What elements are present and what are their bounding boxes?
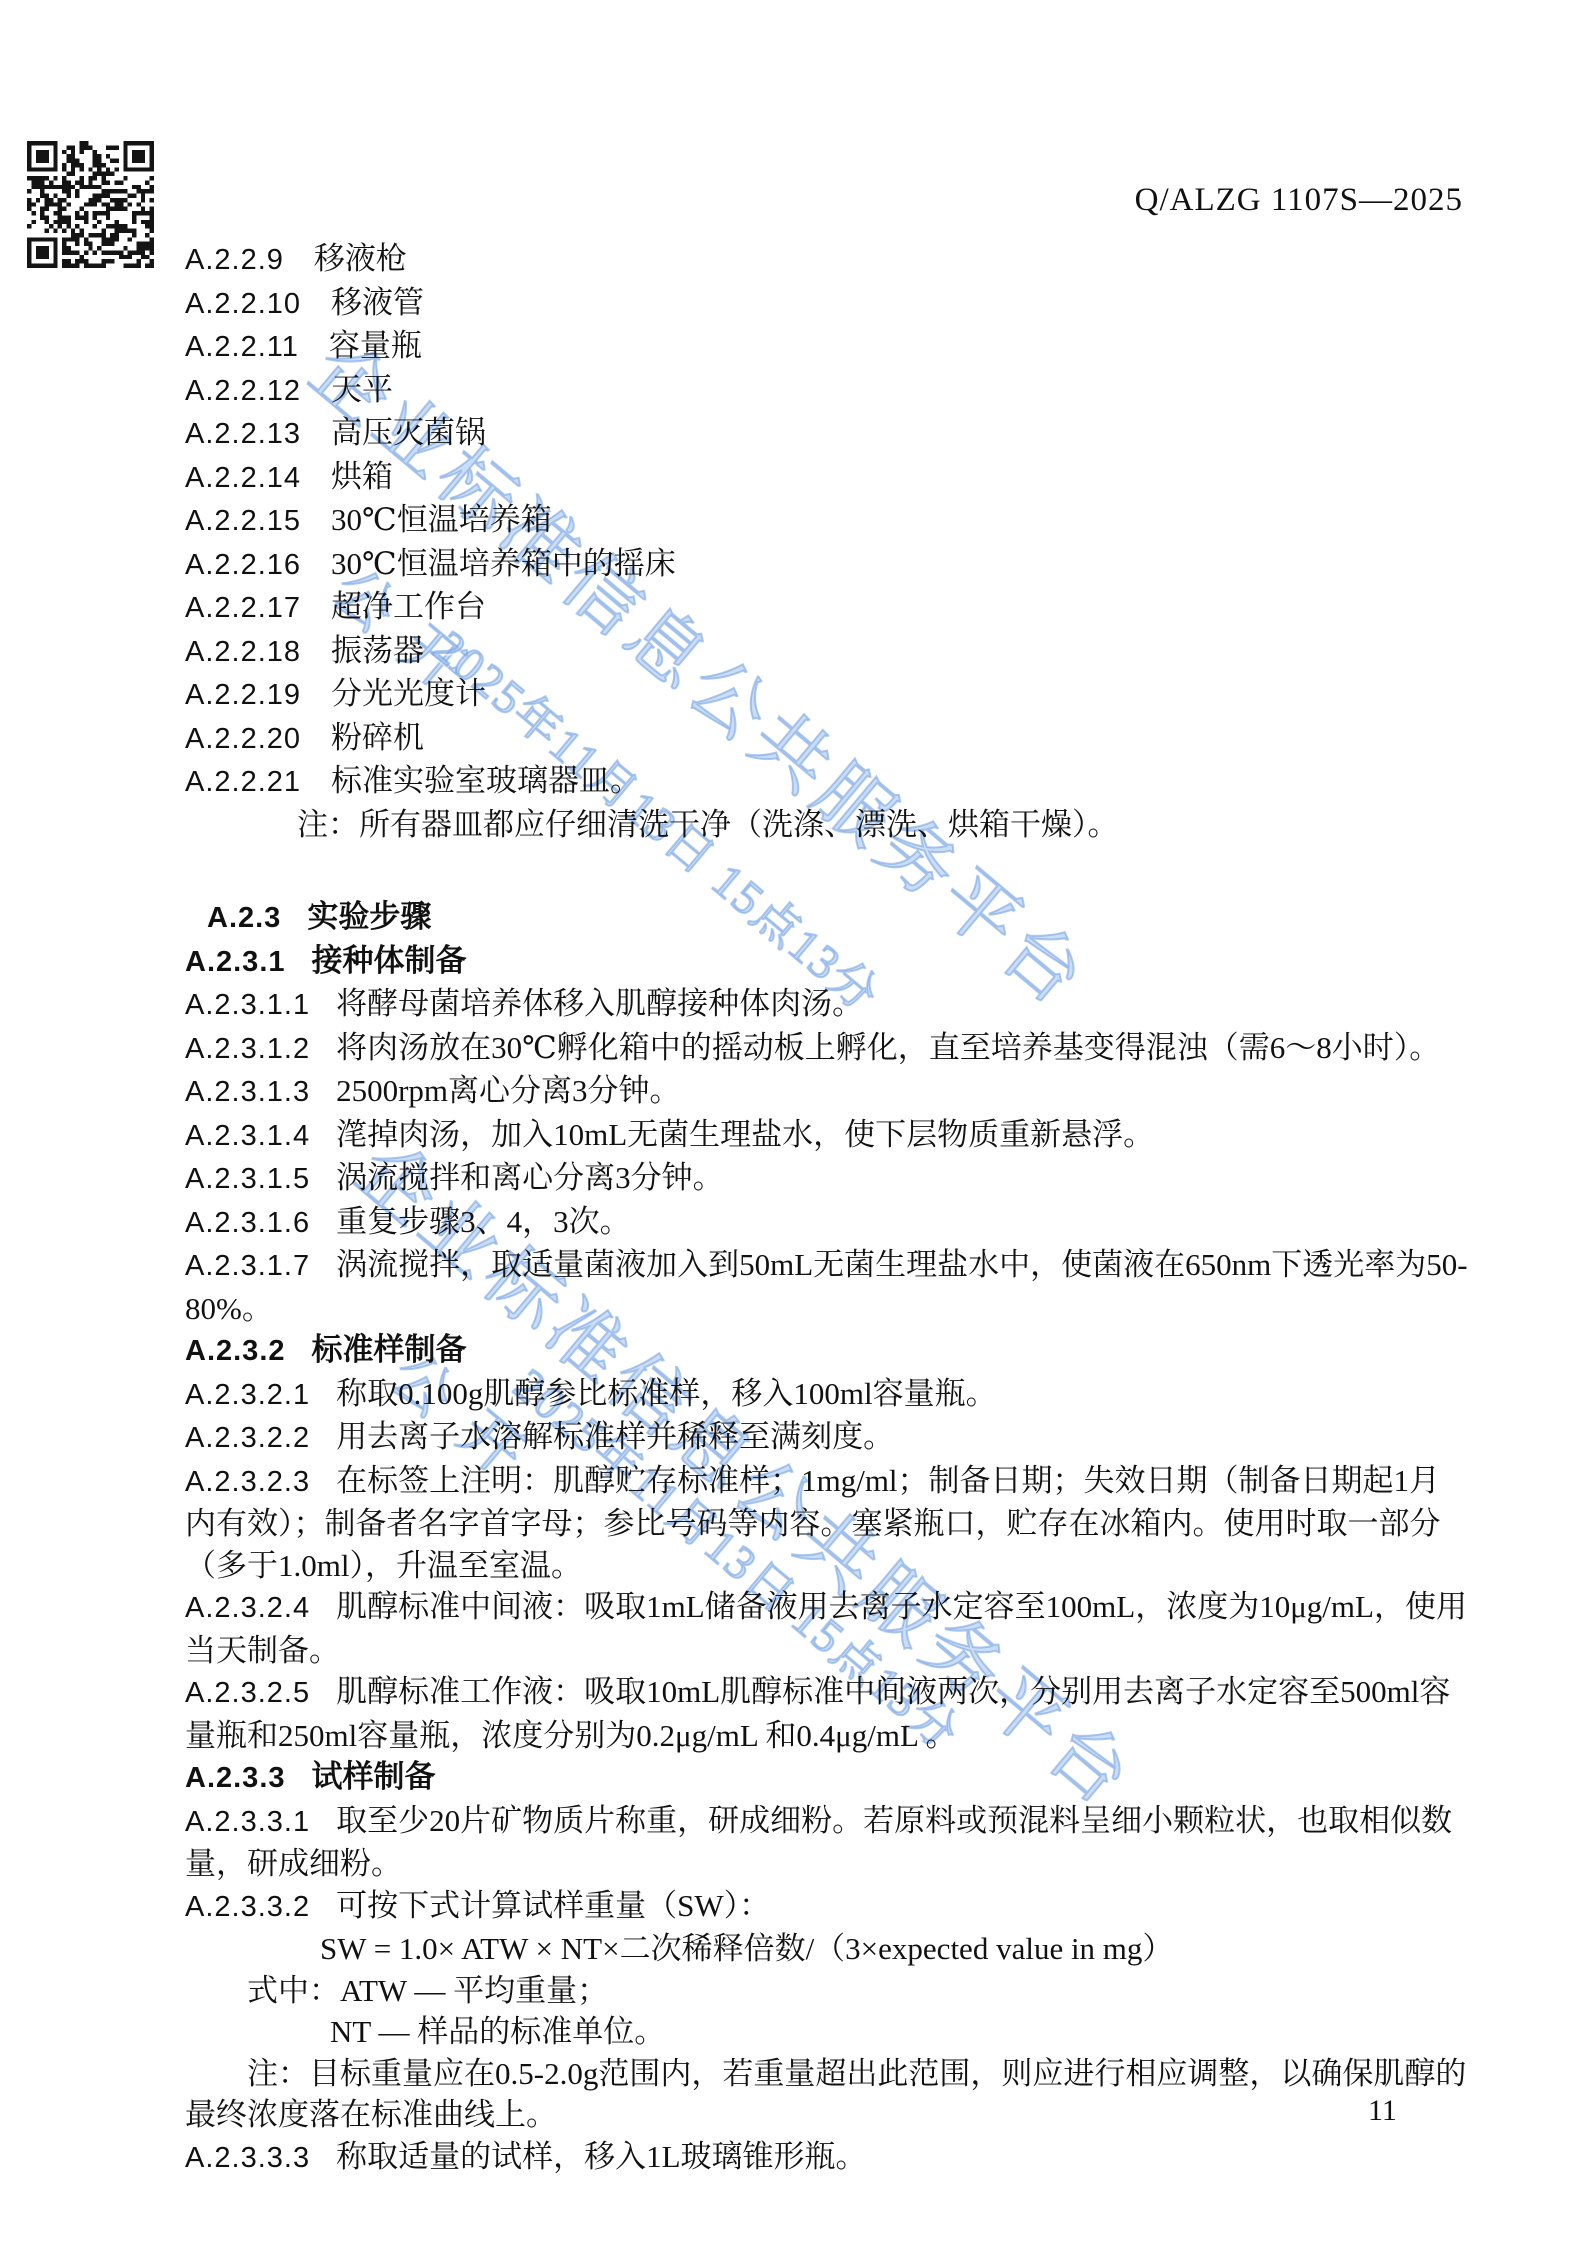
clause-number: A.2.3.3.1 bbox=[185, 1806, 310, 1838]
clause-text: 滗掉肉汤，加入10mL无菌生理盐水，使下层物质重新悬浮。 bbox=[336, 1117, 1154, 1152]
clause-number: A.2.2.19 bbox=[185, 679, 301, 711]
clause-number: A.2.3.2.2 bbox=[185, 1422, 310, 1454]
equipment-name: 标准实验室玻璃器皿。 bbox=[331, 763, 641, 798]
clause-number: A.2.3.2.1 bbox=[185, 1379, 310, 1411]
equipment-name: 分光光度计 bbox=[331, 676, 486, 711]
clause-text: 注：目标重量应在0.5-2.0g范围内，若重量超出此范围，则应进行相应调整，以确… bbox=[185, 2056, 1466, 2133]
equipment-name: 容量瓶 bbox=[329, 328, 422, 363]
clause-text: 肌醇标准工作液：吸取10mL肌醇标准中间液两次，分别用去离子水定容至500ml容… bbox=[185, 1674, 1450, 1753]
clause-number: A.2.3.2.3 bbox=[185, 1466, 310, 1498]
clause-paragraph: A.2.3.1.1将酵母菌培养体移入肌醇接种体肉汤。 bbox=[185, 983, 1470, 1027]
clause-number: A.2.2.13 bbox=[185, 418, 301, 450]
clause-number: A.2.3.3 bbox=[185, 1762, 286, 1794]
clause-text: SW = 1.0× ATW × NT×二次稀释倍数/（3×expected va… bbox=[320, 1931, 1173, 1966]
clause-text: 涡流搅拌和离心分离3分钟。 bbox=[336, 1160, 724, 1195]
clause-number: A.2.2.16 bbox=[185, 549, 301, 581]
clause-number: A.2.3.3.3 bbox=[185, 2142, 310, 2174]
clause-number: A.2.2.9 bbox=[185, 244, 284, 276]
equipment-name: 30℃恒温培养箱中的摇床 bbox=[331, 546, 676, 581]
equipment-item: A.2.2.21标准实验室玻璃器皿。 bbox=[185, 760, 1470, 804]
clause-text: 重复步骤3、4，3次。 bbox=[336, 1204, 631, 1239]
clause-number: A.2.2.20 bbox=[185, 723, 301, 755]
equipment-name: 移液枪 bbox=[314, 241, 407, 276]
clause-number: A.2.3.1.2 bbox=[185, 1033, 310, 1065]
clause-number: A.2.3.1.6 bbox=[185, 1207, 310, 1239]
equipment-name: 移液管 bbox=[331, 285, 424, 320]
procedure-section: A.2.3实验步骤A.2.3.1接种体制备A.2.3.1.1将酵母菌培养体移入肌… bbox=[185, 896, 1470, 2179]
clause-number: A.2.3.1.7 bbox=[185, 1250, 310, 1282]
clause-text: 肌醇标准中间液：吸取1mL储备液用去离子水定容至100mL，浓度为10μg/mL… bbox=[185, 1589, 1467, 1668]
clause-number: A.2.3.1.4 bbox=[185, 1120, 310, 1152]
clause-paragraph: A.2.3.1.2将肉汤放在30℃孵化箱中的摇动板上孵化，直至培养基变得混浊（需… bbox=[185, 1027, 1470, 1071]
equipment-item: A.2.2.9移液枪 bbox=[185, 238, 1470, 282]
page-number: 11 bbox=[1368, 2094, 1397, 2128]
clause-number: A.2.2.21 bbox=[185, 766, 301, 798]
equipment-item: A.2.2.19分光光度计 bbox=[185, 673, 1470, 717]
clause-text: 取至少20片矿物质片称重，研成细粉。若原料或预混料呈细小颗粒状，也取相似数量，研… bbox=[185, 1803, 1452, 1882]
clause-heading: A.2.3.3试样制备 bbox=[185, 1756, 1470, 1800]
clause-number: A.2.3.1 bbox=[185, 946, 286, 978]
clause-text: 式中：ATW — 平均重量； bbox=[247, 1973, 608, 2008]
clause-number: A.2.2.12 bbox=[185, 375, 301, 407]
where-line: NT — 样品的标准单位。 bbox=[185, 2011, 1470, 2053]
clause-text: 称取适量的试样，移入1L玻璃锥形瓶。 bbox=[336, 2139, 866, 2174]
clause-number: A.2.3.1.1 bbox=[185, 989, 310, 1021]
equipment-item: A.2.2.12天平 bbox=[185, 369, 1470, 413]
clause-paragraph: A.2.3.2.2用去离子水溶解标准样并稀释至满刻度。 bbox=[185, 1416, 1470, 1460]
where-line: 式中：ATW — 平均重量； bbox=[185, 1970, 1470, 2012]
clause-paragraph: A.2.3.1.5涡流搅拌和离心分离3分钟。 bbox=[185, 1157, 1470, 1201]
equipment-item: A.2.2.20粉碎机 bbox=[185, 717, 1470, 761]
clause-heading: A.2.3.2标准样制备 bbox=[185, 1329, 1470, 1373]
note-line: 注：目标重量应在0.5-2.0g范围内，若重量超出此范围，则应进行相应调整，以确… bbox=[185, 2053, 1470, 2136]
clause-number: A.2.3.1.3 bbox=[185, 1076, 310, 1108]
clause-text: 接种体制备 bbox=[312, 943, 467, 978]
formula-line: SW = 1.0× ATW × NT×二次稀释倍数/（3×expected va… bbox=[185, 1928, 1470, 1970]
clause-paragraph: A.2.3.2.3在标签上注明：肌醇贮存标准样；1mg/ml；制备日期；失效日期… bbox=[185, 1460, 1470, 1587]
clause-number: A.2.2.10 bbox=[185, 288, 301, 320]
clause-paragraph: A.2.3.2.1称取0.100g肌醇参比标准样，移入100ml容量瓶。 bbox=[185, 1373, 1470, 1417]
clause-text: 在标签上注明：肌醇贮存标准样；1mg/ml；制备日期；失效日期（制备日期起1月内… bbox=[185, 1463, 1441, 1583]
clause-paragraph: A.2.3.3.3称取适量的试样，移入1L玻璃锥形瓶。 bbox=[185, 2136, 1470, 2180]
clause-paragraph: A.2.3.3.2可按下式计算试样重量（SW）： bbox=[185, 1885, 1470, 1929]
equipment-list: A.2.2.9移液枪A.2.2.10移液管A.2.2.11容量瓶A.2.2.12… bbox=[185, 238, 1470, 804]
clause-paragraph: A.2.3.1.7涡流搅拌，取适量菌液加入到50mL无菌生理盐水中，使菌液在65… bbox=[185, 1244, 1470, 1329]
clause-number: A.2.3.2.5 bbox=[185, 1677, 310, 1709]
equipment-item: A.2.2.14烘箱 bbox=[185, 456, 1470, 500]
equipment-note: 注：所有器皿都应仔细清洗干净（洗涤、漂洗、烘箱干燥）。 bbox=[185, 804, 1470, 847]
clause-number: A.2.2.17 bbox=[185, 592, 301, 624]
clause-paragraph: A.2.3.1.4滗掉肉汤，加入10mL无菌生理盐水，使下层物质重新悬浮。 bbox=[185, 1114, 1470, 1158]
clause-number: A.2.3.2.4 bbox=[185, 1592, 310, 1624]
clause-number: A.2.3.1.5 bbox=[185, 1163, 310, 1195]
equipment-name: 30℃恒温培养箱 bbox=[331, 502, 552, 537]
clause-number: A.2.2.18 bbox=[185, 636, 301, 668]
clause-number: A.2.3.3.2 bbox=[185, 1891, 310, 1923]
clause-number: A.2.3 bbox=[207, 902, 281, 934]
clause-number: A.2.2.11 bbox=[185, 331, 299, 363]
qr-code-icon bbox=[27, 138, 154, 271]
clause-paragraph: A.2.3.1.6重复步骤3、4，3次。 bbox=[185, 1201, 1470, 1245]
equipment-item: A.2.2.10移液管 bbox=[185, 282, 1470, 326]
clause-text: 试样制备 bbox=[312, 1759, 436, 1794]
equipment-name: 粉碎机 bbox=[331, 720, 424, 755]
clause-text: NT — 样品的标准单位。 bbox=[330, 2014, 665, 2049]
clause-text: 2500rpm离心分离3分钟。 bbox=[336, 1073, 680, 1108]
clause-text: 实验步骤 bbox=[307, 899, 431, 934]
clause-heading: A.2.3实验步骤 bbox=[207, 896, 1470, 940]
equipment-item: A.2.2.17超净工作台 bbox=[185, 586, 1470, 630]
equipment-item: A.2.2.18振荡器 bbox=[185, 630, 1470, 674]
clause-text: 可按下式计算试样重量（SW）： bbox=[336, 1888, 770, 1923]
equipment-name: 超净工作台 bbox=[331, 589, 486, 624]
clause-text: 标准样制备 bbox=[312, 1332, 467, 1367]
clause-text: 将酵母菌培养体移入肌醇接种体肉汤。 bbox=[336, 986, 863, 1021]
content-column: A.2.2.9移液枪A.2.2.10移液管A.2.2.11容量瓶A.2.2.12… bbox=[185, 238, 1470, 2179]
clause-paragraph: A.2.3.2.5肌醇标准工作液：吸取10mL肌醇标准中间液两次，分别用去离子水… bbox=[185, 1671, 1470, 1756]
equipment-item: A.2.2.13高压灭菌锅 bbox=[185, 412, 1470, 456]
clause-number: A.2.3.2 bbox=[185, 1335, 286, 1367]
equipment-item: A.2.2.1630℃恒温培养箱中的摇床 bbox=[185, 543, 1470, 587]
clause-paragraph: A.2.3.1.32500rpm离心分离3分钟。 bbox=[185, 1070, 1470, 1114]
equipment-item: A.2.2.11容量瓶 bbox=[185, 325, 1470, 369]
doc-number-header: Q/ALZG 1107S—2025 bbox=[1135, 182, 1463, 219]
clause-text: 涡流搅拌，取适量菌液加入到50mL无菌生理盐水中，使菌液在650nm下透光率为5… bbox=[185, 1247, 1468, 1326]
clause-heading: A.2.3.1接种体制备 bbox=[185, 940, 1470, 984]
equipment-name: 振荡器 bbox=[331, 633, 424, 668]
clause-number: A.2.2.15 bbox=[185, 505, 301, 537]
equipment-name: 高压灭菌锅 bbox=[331, 415, 486, 450]
clause-paragraph: A.2.3.2.4肌醇标准中间液：吸取1mL储备液用去离子水定容至100mL，浓… bbox=[185, 1586, 1470, 1671]
clause-number: A.2.2.14 bbox=[185, 462, 301, 494]
equipment-name: 烘箱 bbox=[331, 459, 393, 494]
equipment-name: 天平 bbox=[331, 372, 393, 407]
clause-text: 将肉汤放在30℃孵化箱中的摇动板上孵化，直至培养基变得混浊（需6～8小时）。 bbox=[336, 1030, 1440, 1065]
equipment-item: A.2.2.1530℃恒温培养箱 bbox=[185, 499, 1470, 543]
clause-text: 用去离子水溶解标准样并稀释至满刻度。 bbox=[336, 1419, 894, 1454]
clause-paragraph: A.2.3.3.1取至少20片矿物质片称重，研成细粉。若原料或预混料呈细小颗粒状… bbox=[185, 1800, 1470, 1885]
document-page: 企业标准信息公共服务平台公开2025年11月13日 15点13分企业标准信息公共… bbox=[0, 0, 1588, 2245]
clause-text: 称取0.100g肌醇参比标准样，移入100ml容量瓶。 bbox=[336, 1376, 996, 1411]
